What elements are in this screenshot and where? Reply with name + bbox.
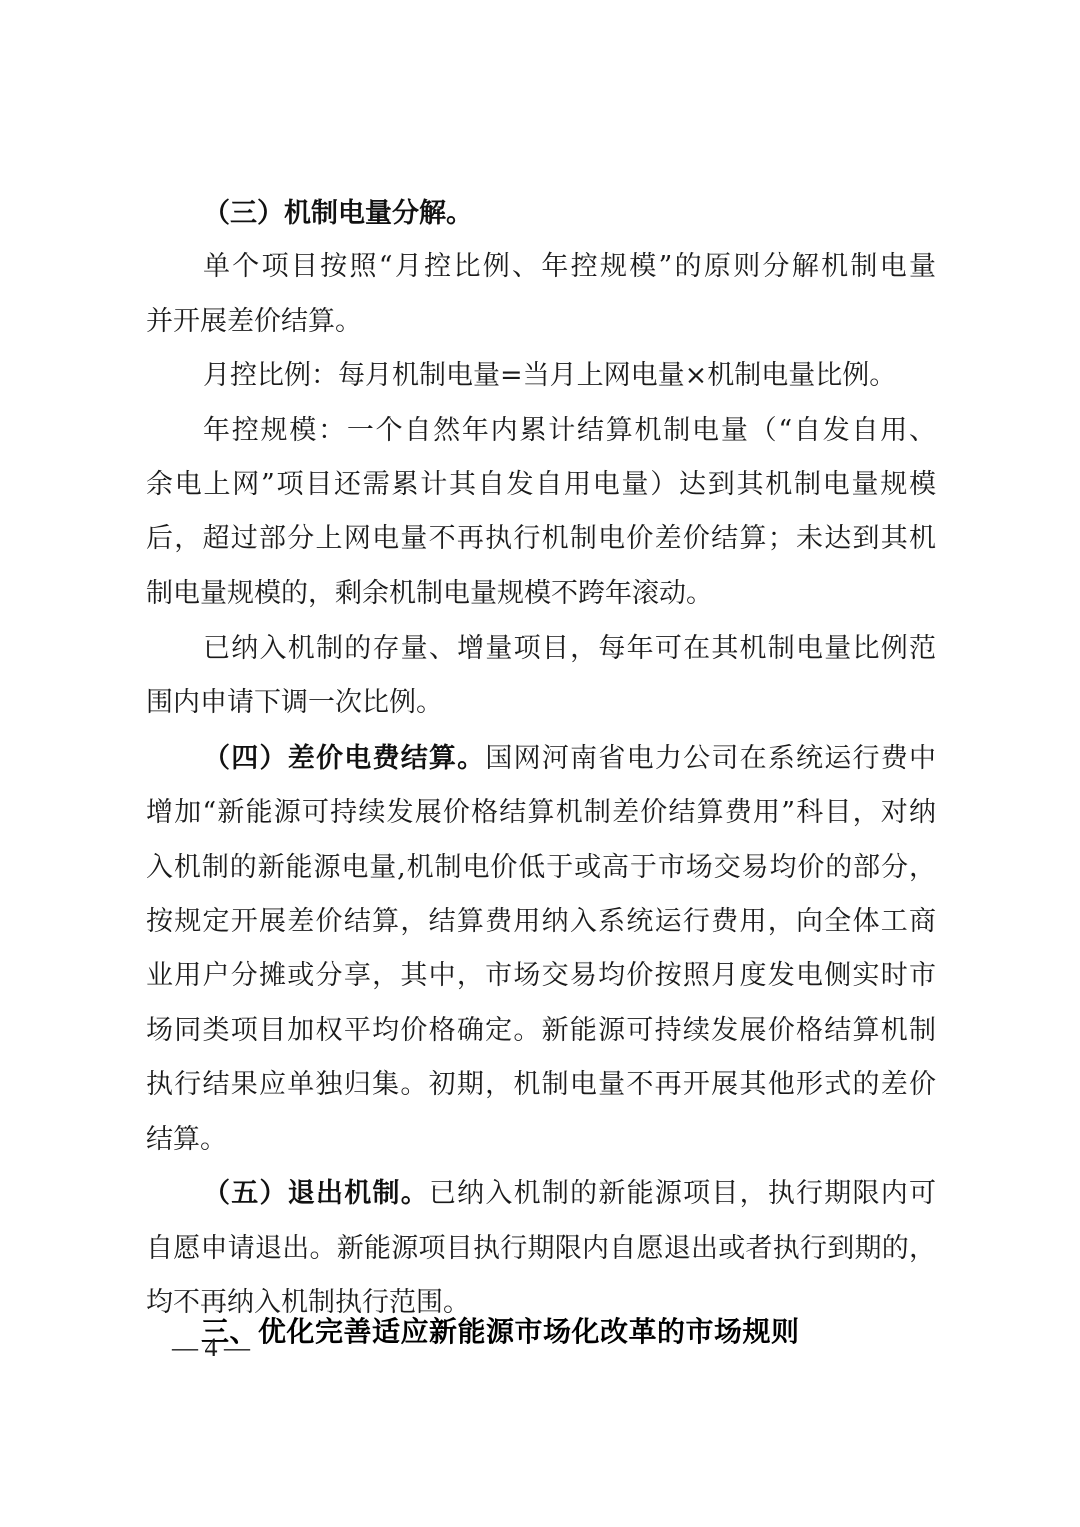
section-4-first-line: （四）差价电费结算。国网河南省电力公司在系统运行费中 (203, 741, 936, 777)
section-5-label: （五） (203, 1178, 288, 1209)
paragraph-line: 执行结果应单独归集。初期，机制电量不再开展其他形式的差价 (146, 1067, 936, 1103)
paragraph-line: 围内申请下调一次比例。 (146, 685, 936, 721)
section-3-label: （三） (203, 198, 284, 229)
paragraph-line: 入机制的新能源电量,机制电价低于或高于市场交易均价的部分， (146, 850, 936, 886)
section-5-text: 已纳入机制的新能源项目，执行期限内可 (429, 1178, 936, 1209)
section-5-first-line: （五）退出机制。已纳入机制的新能源项目，执行期限内可 (203, 1176, 936, 1212)
section-5-title: 退出机制。 (288, 1178, 429, 1209)
chapter-heading: 三、优化完善适应新能源市场化改革的市场规则 (201, 1312, 800, 1352)
paragraph-line: 已纳入机制的存量、增量项目，每年可在其机制电量比例范 (203, 631, 936, 667)
paragraph-line: 业用户分摊或分享，其中，市场交易均价按照月度发电侧实时市 (146, 958, 936, 994)
paragraph-line: 后，超过部分上网电量不再执行机制电价差价结算；未达到其机 (146, 521, 936, 557)
paragraph-line: 并开展差价结算。 (146, 304, 936, 340)
paragraph-line: 自愿申请退出。新能源项目执行期限内自愿退出或者执行到期的， (146, 1231, 936, 1267)
page-number: — 4 — (172, 1330, 250, 1366)
document-page: （三）机制电量分解。 单个项目按照“月控比例、年控规模”的原则分解机制电量 并开… (0, 0, 1080, 1527)
paragraph-line: 单个项目按照“月控比例、年控规模”的原则分解机制电量 (203, 249, 936, 285)
section-4-label: （四） (203, 743, 288, 774)
paragraph-line: 结算。 (146, 1122, 936, 1158)
paragraph-line: 制电量规模的，剩余机制电量规模不跨年滚动。 (146, 576, 936, 612)
paragraph-line: 增加“新能源可持续发展价格结算机制差价结算费用”科目，对纳 (146, 795, 936, 831)
paragraph-line: 年控规模：一个自然年内累计结算机制电量（“自发自用、 (203, 413, 936, 449)
paragraph-line: 场同类项目加权平均价格确定。新能源可持续发展价格结算机制 (146, 1013, 936, 1049)
section-3-title: 机制电量分解。 (284, 198, 473, 229)
section-3-heading: （三）机制电量分解。 (203, 196, 936, 232)
paragraph-line: 月控比例：每月机制电量=当月上网电量×机制电量比例。 (203, 358, 936, 394)
section-4-title: 差价电费结算。 (288, 743, 486, 774)
paragraph-line: 余电上网”项目还需累计其自发自用电量）达到其机制电量规模 (146, 467, 936, 503)
section-4-text: 国网河南省电力公司在系统运行费中 (485, 743, 936, 774)
paragraph-line: 按规定开展差价结算，结算费用纳入系统运行费用，向全体工商 (146, 904, 936, 940)
